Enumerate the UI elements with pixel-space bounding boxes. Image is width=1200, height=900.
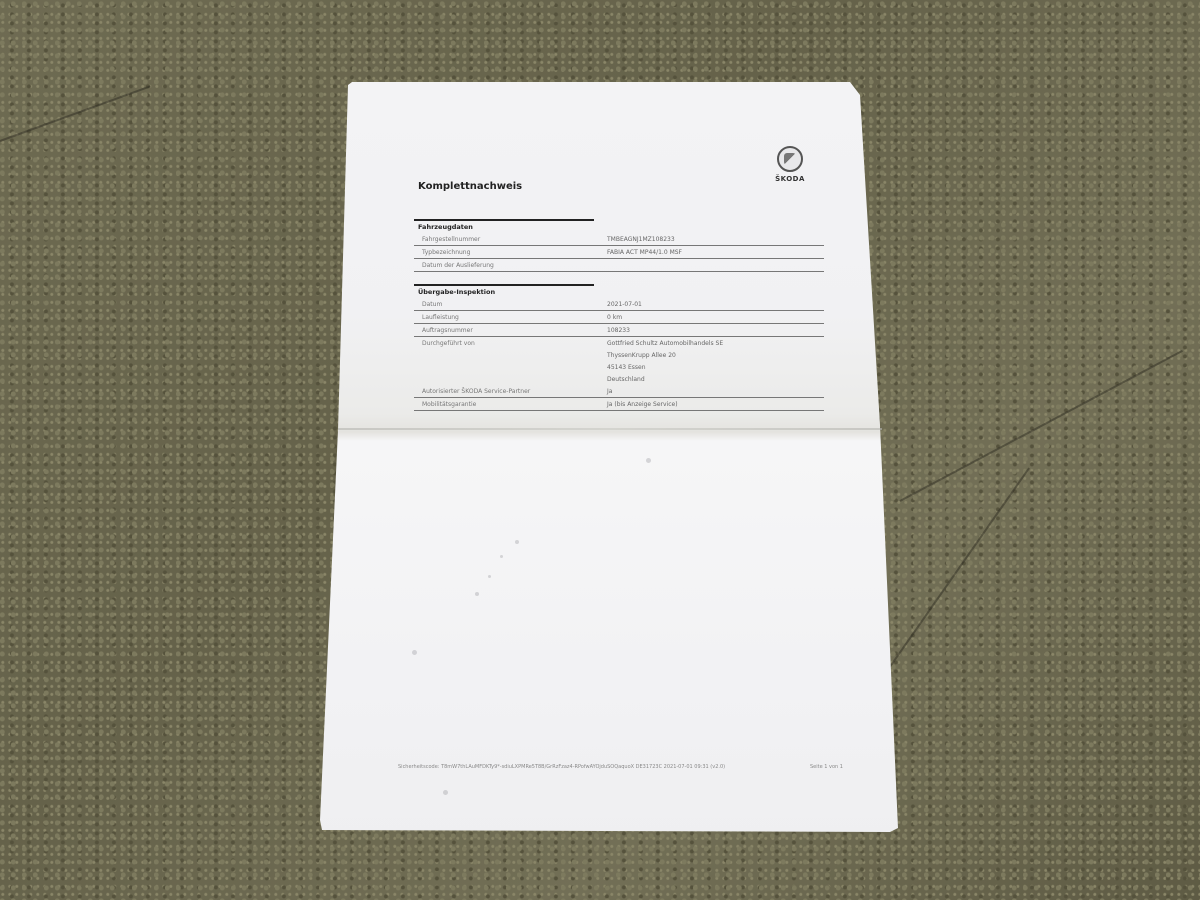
floor-crack [900,350,1183,502]
floor-crack [0,85,151,142]
paper-sheet [0,0,1200,900]
paper-document: Komplettnachweis ŠKODA Fahrzeugdaten Fah… [0,0,1200,900]
